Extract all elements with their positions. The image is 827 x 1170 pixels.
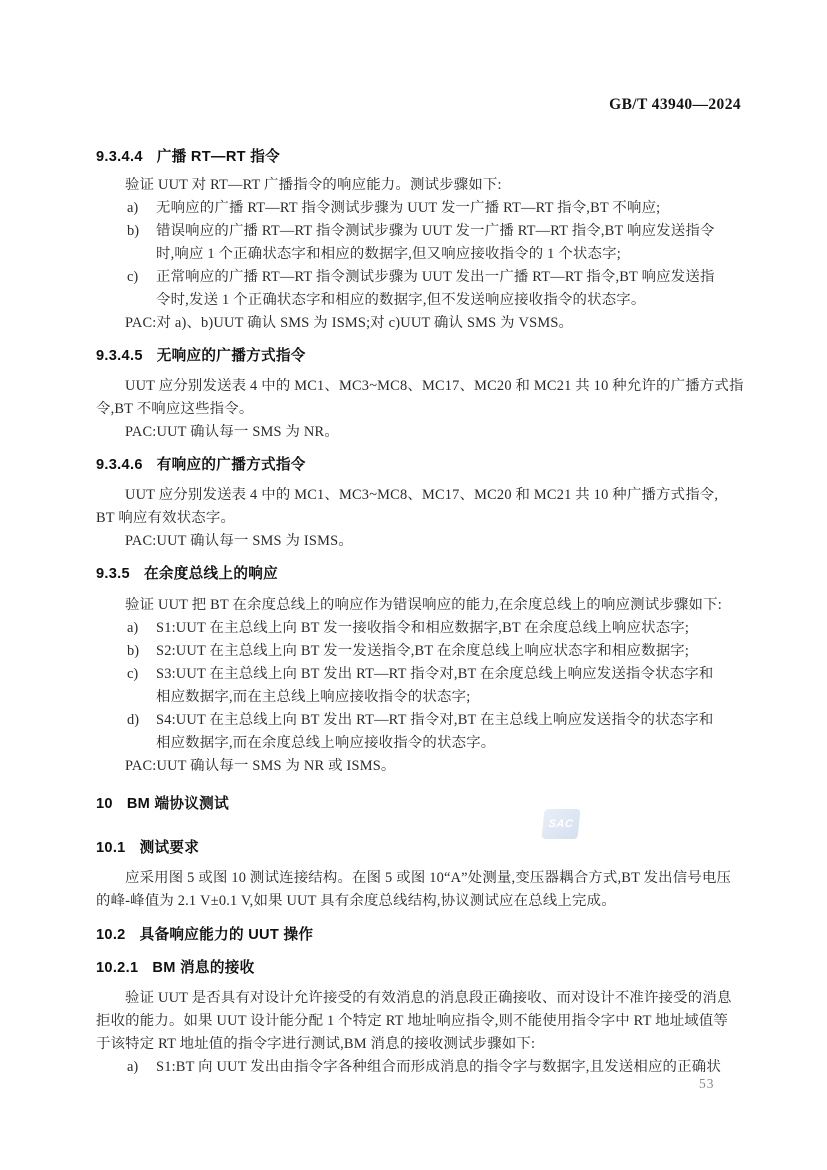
paragraph-line: S1:BT 向 UUT 发出由指令字各种组合而形成消息的指令字与数据字,且发送相…	[156, 1056, 741, 1079]
paragraph-line: 相应数据字,而在余度总线上响应接收指令的状态字。	[156, 732, 741, 755]
list-marker: d)	[127, 709, 156, 755]
list-text: 错误响应的广播 RT—RT 指令测试步骤为 UUT 发一广播 RT—RT 指令,…	[156, 220, 741, 266]
list-item-b: b) 错误响应的广播 RT—RT 指令测试步骤为 UUT 发一广播 RT—RT …	[96, 220, 741, 266]
section-heading-9346: 9.3.4.6有响应的广播方式指令	[96, 454, 741, 477]
list-item-c: c) S3:UUT 在主总线上向 BT 发出 RT—RT 指令对,BT 在余度总…	[96, 663, 741, 709]
section-title: BM 端协议测试	[127, 796, 229, 812]
paragraph-line: 验证 UUT 把 BT 在余度总线上的响应作为错误响应的能力,在余度总线上的响应…	[96, 594, 741, 617]
paragraph-line: PAC:对 a)、b)UUT 确认 SMS 为 ISMS;对 c)UUT 确认 …	[96, 312, 741, 335]
paragraph-line: PAC:UUT 确认每一 SMS 为 ISMS。	[96, 530, 741, 553]
paragraph-line: 拒收的能力。如果 UUT 设计能分配 1 个特定 RT 地址响应指令,则不能使用…	[96, 1010, 741, 1033]
paragraph-pac: PAC:UUT 确认每一 SMS 为 NR。	[96, 421, 741, 444]
list-item-a: a) 无响应的广播 RT—RT 指令测试步骤为 UUT 发一广播 RT—RT 指…	[96, 197, 741, 220]
list-text: 无响应的广播 RT—RT 指令测试步骤为 UUT 发一广播 RT—RT 指令,B…	[156, 197, 741, 220]
list-marker: a)	[127, 617, 156, 640]
list-item-a: a) S1:BT 向 UUT 发出由指令字各种组合而形成消息的指令字与数据字,且…	[96, 1056, 741, 1079]
list-marker: a)	[127, 197, 156, 220]
list-text: S1:BT 向 UUT 发出由指令字各种组合而形成消息的指令字与数据字,且发送相…	[156, 1056, 741, 1079]
section-heading-101: 10.1测试要求	[96, 837, 741, 860]
list-text: S3:UUT 在主总线上向 BT 发出 RT—RT 指令对,BT 在余度总线上响…	[156, 663, 741, 709]
paragraph-line: UUT 应分别发送表 4 中的 MC1、MC3~MC8、MC17、MC20 和 …	[96, 375, 741, 398]
list-marker: a)	[127, 1056, 156, 1079]
section-title: 有响应的广播方式指令	[157, 457, 306, 473]
paragraph-pac: PAC:UUT 确认每一 SMS 为 NR 或 ISMS。	[96, 755, 741, 778]
standard-number: GB/T 43940—2024	[609, 96, 741, 114]
section-title: 广播 RT—RT 指令	[157, 149, 280, 165]
section-heading-935: 9.3.5在余度总线上的响应	[96, 563, 741, 586]
list-item-d: d) S4:UUT 在主总线上向 BT 发出 RT—RT 指令对,BT 在主总线…	[96, 709, 741, 755]
document-page: GB/T 43940—2024 SAC 9.3.4.4广播 RT—RT 指令 验…	[0, 0, 827, 1170]
paragraph: 验证 UUT 对 RT—RT 广播指令的响应能力。测试步骤如下:	[96, 174, 741, 197]
section-number: 9.3.4.4	[96, 149, 143, 165]
paragraph-line: UUT 应分别发送表 4 中的 MC1、MC3~MC8、MC17、MC20 和 …	[96, 484, 741, 507]
paragraph-line: 相应数据字,而在主总线上响应接收指令的状态字;	[156, 686, 741, 709]
section-heading-102: 10.2具备响应能力的 UUT 操作	[96, 924, 741, 947]
section-number: 9.3.4.6	[96, 457, 143, 473]
paragraph-pac: PAC:UUT 确认每一 SMS 为 ISMS。	[96, 530, 741, 553]
paragraph-line: 时,响应 1 个正确状态字和相应的数据字,但又响应接收指令的 1 个状态字;	[156, 243, 741, 266]
section-heading-10: 10BM 端协议测试	[96, 793, 741, 816]
paragraph-line: S1:UUT 在主总线上向 BT 发一接收指令和相应数据字,BT 在余度总线上响…	[156, 617, 741, 640]
paragraph-line: 的峰-峰值为 2.1 V±0.1 V,如果 UUT 具有余度总线结构,协议测试应…	[96, 890, 741, 913]
section-heading-1021: 10.2.1BM 消息的接收	[96, 957, 741, 980]
paragraph-line: S4:UUT 在主总线上向 BT 发出 RT—RT 指令对,BT 在主总线上响应…	[156, 709, 741, 732]
paragraph-line: 令,BT 不响应这些指令。	[96, 398, 741, 421]
section-title: 无响应的广播方式指令	[157, 348, 306, 364]
paragraph-line: 验证 UUT 对 RT—RT 广播指令的响应能力。测试步骤如下:	[96, 174, 741, 197]
page-number: 53	[699, 1076, 715, 1092]
section-number: 10.1	[96, 840, 126, 856]
section-number: 10.2.1	[96, 960, 138, 976]
list-marker: c)	[127, 266, 156, 312]
paragraph-line: BT 响应有效状态字。	[96, 507, 741, 530]
paragraph-line: 应采用图 5 或图 10 测试连接结构。在图 5 或图 10“A”处测量,变压器…	[96, 867, 741, 890]
paragraph: 验证 UUT 把 BT 在余度总线上的响应作为错误响应的能力,在余度总线上的响应…	[96, 594, 741, 617]
paragraph: 应采用图 5 或图 10 测试连接结构。在图 5 或图 10“A”处测量,变压器…	[96, 867, 741, 913]
list-text: S4:UUT 在主总线上向 BT 发出 RT—RT 指令对,BT 在主总线上响应…	[156, 709, 741, 755]
paragraph-line: 正常响应的广播 RT—RT 指令测试步骤为 UUT 发出一广播 RT—RT 指令…	[156, 266, 741, 289]
paragraph-pac: PAC:对 a)、b)UUT 确认 SMS 为 ISMS;对 c)UUT 确认 …	[96, 312, 741, 335]
paragraph: 验证 UUT 是否具有对设计允许接受的有效消息的消息段正确接收、而对设计不准许接…	[96, 987, 741, 1056]
list-item-a: a) S1:UUT 在主总线上向 BT 发一接收指令和相应数据字,BT 在余度总…	[96, 617, 741, 640]
paragraph: UUT 应分别发送表 4 中的 MC1、MC3~MC8、MC17、MC20 和 …	[96, 484, 741, 530]
list-marker: b)	[127, 640, 156, 663]
paragraph-line: 验证 UUT 是否具有对设计允许接受的有效消息的消息段正确接收、而对设计不准许接…	[96, 987, 741, 1010]
list-item-b: b) S2:UUT 在主总线上向 BT 发一发送指令,BT 在余度总线上响应状态…	[96, 640, 741, 663]
list-text: S2:UUT 在主总线上向 BT 发一发送指令,BT 在余度总线上响应状态字和相…	[156, 640, 741, 663]
paragraph-line: 于该特定 RT 地址值的指令字进行测试,BM 消息的接收测试步骤如下:	[96, 1033, 741, 1056]
section-title: 测试要求	[140, 840, 200, 856]
section-number: 9.3.4.5	[96, 348, 143, 364]
list-marker: b)	[127, 220, 156, 266]
section-heading-9344: 9.3.4.4广播 RT—RT 指令	[96, 146, 741, 169]
paragraph-line: 令时,发送 1 个正确状态字和相应的数据字,但不发送响应接收指令的状态字。	[156, 289, 741, 312]
list-item-c: c) 正常响应的广播 RT—RT 指令测试步骤为 UUT 发出一广播 RT—RT…	[96, 266, 741, 312]
paragraph-line: S3:UUT 在主总线上向 BT 发出 RT—RT 指令对,BT 在余度总线上响…	[156, 663, 741, 686]
paragraph: UUT 应分别发送表 4 中的 MC1、MC3~MC8、MC17、MC20 和 …	[96, 375, 741, 421]
paragraph-line: 无响应的广播 RT—RT 指令测试步骤为 UUT 发一广播 RT—RT 指令,B…	[156, 197, 741, 220]
list-marker: c)	[127, 663, 156, 709]
section-title: BM 消息的接收	[152, 960, 254, 976]
section-number: 9.3.5	[96, 566, 130, 582]
section-title: 在余度总线上的响应	[144, 566, 278, 582]
section-title: 具备响应能力的 UUT 操作	[140, 927, 314, 943]
list-text: S1:UUT 在主总线上向 BT 发一接收指令和相应数据字,BT 在余度总线上响…	[156, 617, 741, 640]
document-content: 9.3.4.4广播 RT—RT 指令 验证 UUT 对 RT—RT 广播指令的响…	[96, 146, 741, 1079]
paragraph-line: PAC:UUT 确认每一 SMS 为 NR 或 ISMS。	[96, 755, 741, 778]
paragraph-line: S2:UUT 在主总线上向 BT 发一发送指令,BT 在余度总线上响应状态字和相…	[156, 640, 741, 663]
paragraph-line: PAC:UUT 确认每一 SMS 为 NR。	[96, 421, 741, 444]
section-heading-9345: 9.3.4.5无响应的广播方式指令	[96, 345, 741, 368]
section-number: 10.2	[96, 927, 126, 943]
paragraph-line: 错误响应的广播 RT—RT 指令测试步骤为 UUT 发一广播 RT—RT 指令,…	[156, 220, 741, 243]
section-number: 10	[96, 796, 113, 812]
list-text: 正常响应的广播 RT—RT 指令测试步骤为 UUT 发出一广播 RT—RT 指令…	[156, 266, 741, 312]
